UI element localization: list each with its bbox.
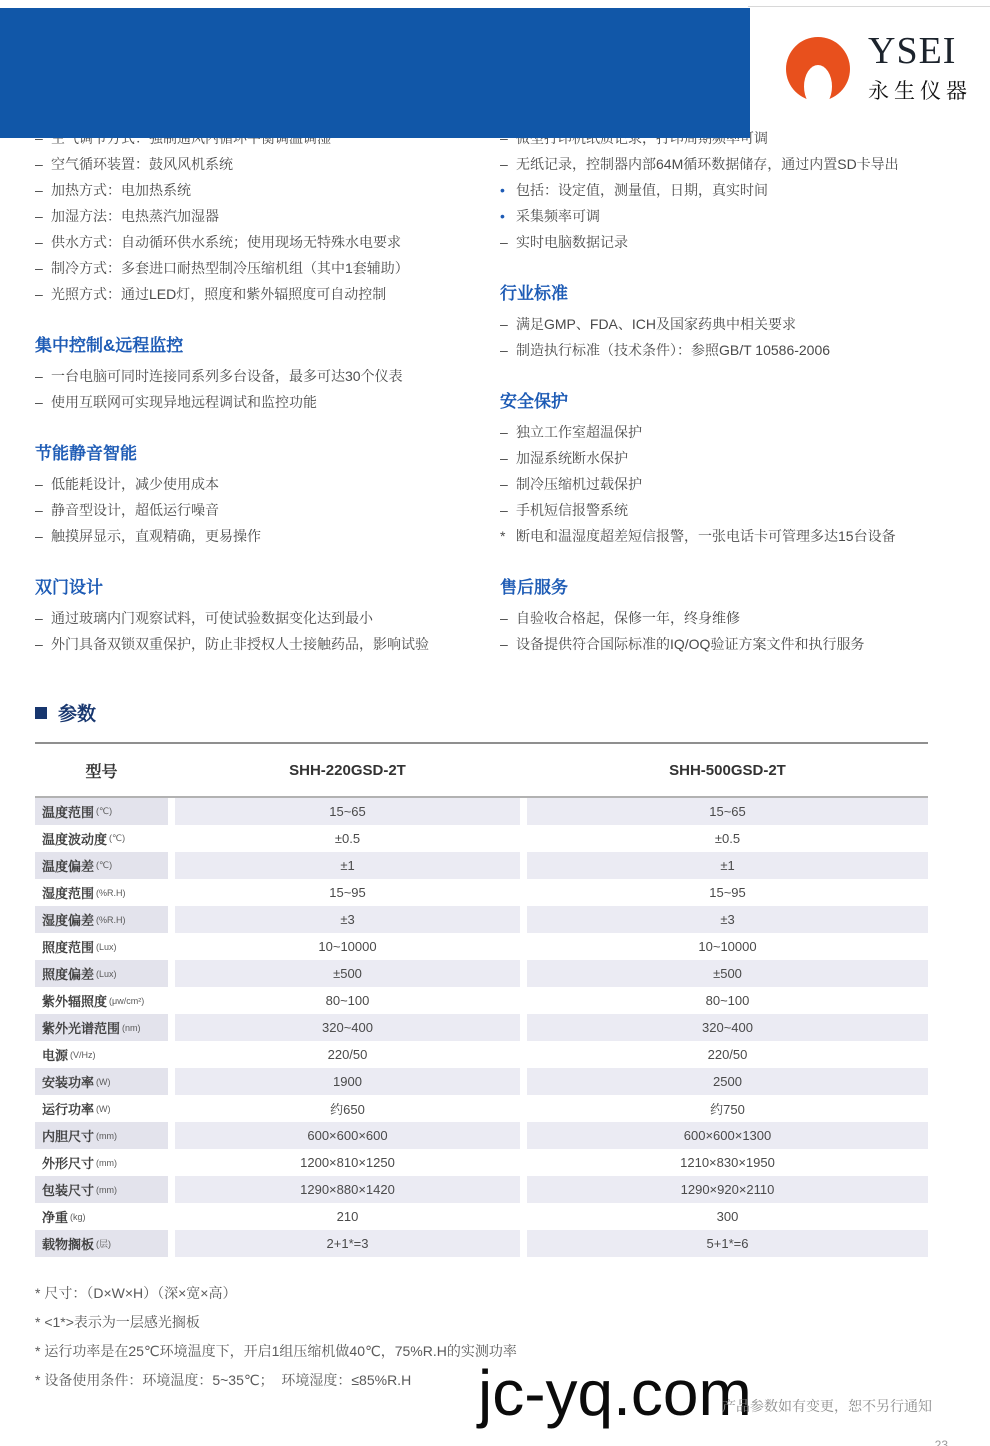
bullet-marker: –	[35, 281, 51, 307]
bullet-marker: *	[500, 523, 516, 549]
footnote-line: * <1*>表示为一层感光搁板	[35, 1308, 955, 1337]
row-label: 照度范围(Lux)	[35, 933, 168, 960]
bullet-marker: –	[35, 497, 51, 523]
feature-item: –通过玻璃内门观察试料，可使试验数据变化达到最小	[35, 605, 500, 631]
bullet-marker: –	[500, 151, 516, 177]
bullet-marker: –	[35, 471, 51, 497]
row-label: 安装功率(W)	[35, 1068, 168, 1095]
row-label-text: 载物搁板	[42, 1234, 94, 1253]
table-row: 净重(kg)210300	[35, 1203, 928, 1230]
bullet-marker: –	[500, 631, 516, 657]
row-label: 紫外辐照度(μw/cm²)	[35, 987, 168, 1014]
bullet-marker: –	[35, 363, 51, 389]
table-row: 湿度偏差(%R.H)±3±3	[35, 906, 928, 933]
row-label-unit: (mm)	[96, 1131, 117, 1141]
feature-item: –实时电脑数据记录	[500, 229, 955, 255]
row-label: 温度波动度(℃)	[35, 825, 168, 852]
bullet-marker: –	[500, 445, 516, 471]
cell-value-model2: 600×600×1300	[527, 1122, 928, 1149]
feature-item-text: 一台电脑可同时连接同系列多台设备，最多可达30个仪表	[51, 363, 403, 389]
bullet-marker: –	[500, 311, 516, 337]
row-label-text: 照度范围	[42, 937, 94, 956]
cell-value-model1: ±3	[175, 906, 520, 933]
bullet-marker: –	[500, 497, 516, 523]
cell-value-model1: 320~400	[175, 1014, 520, 1041]
table-row: 紫外辐照度(μw/cm²)80~10080~100	[35, 987, 928, 1014]
bullet-marker: –	[500, 605, 516, 631]
feature-item: –空气循环装置：鼓风风机系统	[35, 151, 500, 177]
feature-item-text: 采集频率可调	[516, 203, 600, 229]
table-row: 载物搁板(层)2+1*=35+1*=6	[35, 1230, 928, 1257]
bullet-marker: –	[500, 419, 516, 445]
feature-group: 节能静音智能–低能耗设计，减少使用成本–静音型设计，超低运行噪音–触摸屏显示，直…	[35, 439, 500, 549]
row-label-unit: (Lux)	[96, 942, 117, 952]
cell-value-model1: 220/50	[175, 1041, 520, 1068]
cell-value-model2: 15~65	[527, 798, 928, 825]
cell-value-model1: 80~100	[175, 987, 520, 1014]
row-label-text: 照度偏差	[42, 964, 94, 983]
cell-value-model2: 1290×920×2110	[527, 1176, 928, 1203]
feature-item-text: 实时电脑数据记录	[516, 229, 628, 255]
cell-value-model1: 2+1*=3	[175, 1230, 520, 1257]
cell-value-model1: ±1	[175, 852, 520, 879]
feature-item: –加湿方法：电热蒸汽加湿器	[35, 203, 500, 229]
feature-group-title: 售后服务	[500, 573, 955, 598]
feature-group: 双门设计–通过玻璃内门观察试料，可使试验数据变化达到最小–外门具备双锁双重保护，…	[35, 573, 500, 657]
feature-group-title: 节能静音智能	[35, 439, 500, 464]
cell-value-model1: 600×600×600	[175, 1122, 520, 1149]
feature-group: 集中控制&远程监控–一台电脑可同时连接同系列多台设备，最多可达30个仪表–使用互…	[35, 331, 500, 415]
feature-group-title: 双门设计	[35, 573, 500, 598]
feature-item-text: 满足GMP、FDA、ICH及国家药典中相关要求	[516, 311, 796, 337]
features-left-column: 同时控制温度/湿度/光照/紫外–空气调节方式：强制通风内循环平衡调温调湿–空气循…	[35, 69, 500, 657]
params-table-header: 型号 SHH-220GSD-2T SHH-500GSD-2T	[35, 744, 928, 798]
cell-value-model2: 300	[527, 1203, 928, 1230]
params-table-body: 温度范围(℃)15~6515~65温度波动度(℃)±0.5±0.5温度偏差(℃)…	[35, 798, 928, 1257]
row-label: 载物搁板(层)	[35, 1230, 168, 1257]
params-section: 参数 型号 SHH-220GSD-2T SHH-500GSD-2T 温度范围(℃…	[0, 699, 990, 1395]
feature-item-text: 静音型设计，超低运行噪音	[51, 497, 219, 523]
cell-value-model2: 5+1*=6	[527, 1230, 928, 1257]
params-section-header: 参数	[35, 699, 955, 726]
cell-value-model2: 15~95	[527, 879, 928, 906]
feature-item: –制造执行标准（技术条件）：参照GB/T 10586-2006	[500, 337, 955, 363]
brand-text-block: YSEI 永生仪器	[868, 32, 972, 105]
cell-value-model2: ±3	[527, 906, 928, 933]
table-row: 运行功率(W)约650约750	[35, 1095, 928, 1122]
cell-value-model2: 220/50	[527, 1041, 928, 1068]
row-label-unit: (V/Hz)	[70, 1050, 96, 1060]
row-label-text: 温度范围	[42, 802, 94, 821]
spec-sheet-page: YSEI 永生仪器 特点 同时控制温度/湿度/光照/紫外–空气调节方式：强制通风…	[0, 0, 990, 1446]
feature-item: –设备提供符合国际标准的IQ/OQ验证方案文件和执行服务	[500, 631, 955, 657]
row-label-text: 紫外辐照度	[42, 991, 107, 1010]
feature-item-text: 独立工作室超温保护	[516, 419, 642, 445]
feature-item-text: 加热方式：电加热系统	[51, 177, 191, 203]
row-label-unit: (℃)	[109, 833, 125, 844]
cell-value-model2: 80~100	[527, 987, 928, 1014]
table-row: 电源(V/Hz)220/50220/50	[35, 1041, 928, 1068]
feature-group-title: 行业标准	[500, 279, 955, 304]
brand-logo: YSEI 永生仪器	[786, 32, 972, 105]
cell-value-model1: 1290×880×1420	[175, 1176, 520, 1203]
row-label-unit: (℃)	[96, 806, 112, 817]
row-label-unit: (mm)	[96, 1185, 117, 1195]
row-label-unit: (nm)	[122, 1023, 141, 1033]
brand-name: YSEI	[868, 32, 972, 70]
feature-group-title: 集中控制&远程监控	[35, 331, 500, 356]
table-row: 内胆尺寸(mm)600×600×600600×600×1300	[35, 1122, 928, 1149]
table-row: 温度范围(℃)15~6515~65	[35, 798, 928, 825]
feature-item: –手机短信报警系统	[500, 497, 955, 523]
feature-item-text: 无纸记录，控制器内部64M循环数据储存，通过内置SD卡导出	[516, 151, 899, 177]
bullet-marker: –	[35, 255, 51, 281]
bullet-marker: –	[35, 229, 51, 255]
model1-name: SHH-220GSD-2T	[175, 762, 520, 779]
row-label-unit: (kg)	[70, 1212, 86, 1222]
bullet-marker: •	[500, 203, 516, 229]
params-table: 型号 SHH-220GSD-2T SHH-500GSD-2T 温度范围(℃)15…	[35, 742, 928, 1257]
bullet-marker: –	[35, 523, 51, 549]
bullet-marker: –	[35, 605, 51, 631]
table-row: 湿度范围(%R.H)15~9515~95	[35, 879, 928, 906]
table-row: 照度范围(Lux)10~1000010~10000	[35, 933, 928, 960]
feature-item-text: 触摸屏显示，直观精确，更易操作	[51, 523, 261, 549]
table-row: 安装功率(W)19002500	[35, 1068, 928, 1095]
feature-item-text: 通过玻璃内门观察试料，可使试验数据变化达到最小	[51, 605, 373, 631]
feature-item: •采集频率可调	[500, 203, 955, 229]
bullet-marker: –	[35, 389, 51, 415]
row-label-unit: (层)	[96, 1237, 111, 1250]
cell-value-model2: 10~10000	[527, 933, 928, 960]
row-label: 外形尺寸(mm)	[35, 1149, 168, 1176]
cell-value-model2: ±1	[527, 852, 928, 879]
header-blue-banner	[0, 8, 750, 138]
row-label-unit: (W)	[96, 1077, 111, 1087]
feature-item: –低能耗设计，减少使用成本	[35, 471, 500, 497]
feature-item-text: 加湿系统断水保护	[516, 445, 628, 471]
feature-item-text: 外门具备双锁双重保护，防止非授权人士接触药品，影响试验	[51, 631, 429, 657]
cell-value-model2: ±500	[527, 960, 928, 987]
params-section-title: 参数	[58, 699, 96, 726]
row-label-unit: (℃)	[96, 860, 112, 871]
page-number: 23	[935, 1438, 948, 1446]
bullet-marker: –	[500, 471, 516, 497]
feature-item-text: 制造执行标准（技术条件）：参照GB/T 10586-2006	[516, 337, 830, 363]
feature-item: •包括：设定值，测量值，日期，真实时间	[500, 177, 955, 203]
row-label: 温度偏差(℃)	[35, 852, 168, 879]
cell-value-model2: 1210×830×1950	[527, 1149, 928, 1176]
cell-value-model1: 1900	[175, 1068, 520, 1095]
cell-value-model1: ±500	[175, 960, 520, 987]
feature-item-text: 自验收合格起，保修一年，终身维修	[516, 605, 740, 631]
cell-value-model2: 约750	[527, 1095, 928, 1122]
feature-group: 售后服务–自验收合格起，保修一年，终身维修–设备提供符合国际标准的IQ/OQ验证…	[500, 573, 955, 657]
cell-value-model2: 320~400	[527, 1014, 928, 1041]
row-label: 净重(kg)	[35, 1203, 168, 1230]
cell-value-model1: 1200×810×1250	[175, 1149, 520, 1176]
feature-item: *断电和温湿度超差短信报警，一张电话卡可管理多达15台设备	[500, 523, 955, 549]
feature-item: –静音型设计，超低运行噪音	[35, 497, 500, 523]
feature-item: –加湿系统断水保护	[500, 445, 955, 471]
bullet-marker: –	[35, 177, 51, 203]
bullet-marker: –	[35, 151, 51, 177]
row-label-text: 内胆尺寸	[42, 1126, 94, 1145]
bullet-marker: –	[500, 229, 516, 255]
table-row: 紫外光谱范围(nm)320~400320~400	[35, 1014, 928, 1041]
table-row: 外形尺寸(mm)1200×810×12501210×830×1950	[35, 1149, 928, 1176]
feature-item: –加热方式：电加热系统	[35, 177, 500, 203]
table-row: 包装尺寸(mm)1290×880×14201290×920×2110	[35, 1176, 928, 1203]
disclaimer-text: 产品参数如有变更，恕不另行通知	[722, 1396, 932, 1416]
cell-value-model1: 约650	[175, 1095, 520, 1122]
table-row: 温度偏差(℃)±1±1	[35, 852, 928, 879]
bullet-marker: –	[35, 631, 51, 657]
feature-item-text: 加湿方法：电热蒸汽加湿器	[51, 203, 219, 229]
row-label-text: 净重	[42, 1207, 68, 1226]
row-label-unit: (mm)	[96, 1158, 117, 1168]
feature-item: –触摸屏显示，直观精确，更易操作	[35, 523, 500, 549]
feature-item: –自验收合格起，保修一年，终身维修	[500, 605, 955, 631]
ysei-logo-icon	[786, 37, 850, 101]
feature-item-text: 制冷压缩机过载保护	[516, 471, 642, 497]
feature-group: 安全保护–独立工作室超温保护–加湿系统断水保护–制冷压缩机过载保护–手机短信报警…	[500, 387, 955, 549]
table-row: 照度偏差(Lux)±500±500	[35, 960, 928, 987]
feature-item-text: 手机短信报警系统	[516, 497, 628, 523]
row-label: 电源(V/Hz)	[35, 1041, 168, 1068]
feature-item: –满足GMP、FDA、ICH及国家药典中相关要求	[500, 311, 955, 337]
row-label-text: 包装尺寸	[42, 1180, 94, 1199]
row-label-unit: (%R.H)	[96, 888, 126, 898]
features-right-column: 三重数据记录–微型打印机纸质记录，打印周期频率可调–无纸记录，控制器内部64M循…	[500, 69, 955, 657]
row-label-text: 湿度范围	[42, 883, 94, 902]
row-label: 照度偏差(Lux)	[35, 960, 168, 987]
feature-item: –制冷方式：多套进口耐热型制冷压缩机组（其中1套辅助）	[35, 255, 500, 281]
ysei-logo-notch	[804, 65, 832, 108]
cell-value-model1: 15~95	[175, 879, 520, 906]
cell-value-model1: 210	[175, 1203, 520, 1230]
feature-item: –制冷压缩机过载保护	[500, 471, 955, 497]
feature-item: –独立工作室超温保护	[500, 419, 955, 445]
row-label-text: 外形尺寸	[42, 1153, 94, 1172]
row-label-text: 紫外光谱范围	[42, 1018, 120, 1037]
features-columns: 同时控制温度/湿度/光照/紫外–空气调节方式：强制通风内循环平衡调温调湿–空气循…	[35, 69, 955, 657]
bullet-marker: •	[500, 177, 516, 203]
feature-item: –无纸记录，控制器内部64M循环数据储存，通过内置SD卡导出	[500, 151, 955, 177]
row-label-unit: (μw/cm²)	[109, 996, 144, 1006]
feature-group: 行业标准–满足GMP、FDA、ICH及国家药典中相关要求–制造执行标准（技术条件…	[500, 279, 955, 363]
feature-item-text: 制冷方式：多套进口耐热型制冷压缩机组（其中1套辅助）	[51, 255, 409, 281]
row-label-text: 电源	[42, 1045, 68, 1064]
cell-value-model1: ±0.5	[175, 825, 520, 852]
row-label-text: 湿度偏差	[42, 910, 94, 929]
feature-item-text: 设备提供符合国际标准的IQ/OQ验证方案文件和执行服务	[516, 631, 864, 657]
model2-name: SHH-500GSD-2T	[527, 762, 928, 779]
row-label: 包装尺寸(mm)	[35, 1176, 168, 1203]
feature-item-text: 空气循环装置：鼓风风机系统	[51, 151, 233, 177]
feature-item-text: 光照方式：通过LED灯，照度和紫外辐照度可自动控制	[51, 281, 386, 307]
feature-item-text: 低能耗设计，减少使用成本	[51, 471, 219, 497]
cell-value-model1: 15~65	[175, 798, 520, 825]
cell-value-model1: 10~10000	[175, 933, 520, 960]
row-label: 内胆尺寸(mm)	[35, 1122, 168, 1149]
row-label: 湿度偏差(%R.H)	[35, 906, 168, 933]
feature-item-text: 断电和温湿度超差短信报警，一张电话卡可管理多达15台设备	[516, 523, 896, 549]
row-label-text: 温度波动度	[42, 829, 107, 848]
feature-item-text: 包括：设定值，测量值，日期，真实时间	[516, 177, 768, 203]
footnote-line: * 尺寸：（D×W×H）（深×宽×高）	[35, 1279, 955, 1308]
row-label: 运行功率(W)	[35, 1095, 168, 1122]
row-label: 湿度范围(%R.H)	[35, 879, 168, 906]
feature-item: –外门具备双锁双重保护，防止非授权人士接触药品，影响试验	[35, 631, 500, 657]
section-square-icon	[35, 707, 47, 719]
feature-item: –光照方式：通过LED灯，照度和紫外辐照度可自动控制	[35, 281, 500, 307]
watermark-text: jc-yq.com	[478, 1356, 752, 1430]
feature-item: –一台电脑可同时连接同系列多台设备，最多可达30个仪表	[35, 363, 500, 389]
row-label: 温度范围(℃)	[35, 798, 168, 825]
feature-item-text: 使用互联网可实现异地远程调试和监控功能	[51, 389, 317, 415]
cell-value-model2: 2500	[527, 1068, 928, 1095]
row-label-unit: (%R.H)	[96, 915, 126, 925]
row-label-text: 安装功率	[42, 1072, 94, 1091]
row-label: 紫外光谱范围(nm)	[35, 1014, 168, 1041]
row-label-unit: (Lux)	[96, 969, 117, 979]
feature-item-text: 供水方式：自动循环供水系统；使用现场无特殊水电要求	[51, 229, 401, 255]
feature-group-title: 安全保护	[500, 387, 955, 412]
row-label-unit: (W)	[96, 1104, 111, 1114]
feature-item: –供水方式：自动循环供水系统；使用现场无特殊水电要求	[35, 229, 500, 255]
cell-value-model2: ±0.5	[527, 825, 928, 852]
row-label-text: 温度偏差	[42, 856, 94, 875]
brand-name-chinese: 永生仪器	[868, 75, 972, 105]
bullet-marker: –	[500, 337, 516, 363]
feature-item: –使用互联网可实现异地远程调试和监控功能	[35, 389, 500, 415]
model-column-header: 型号	[35, 759, 168, 782]
bullet-marker: –	[35, 203, 51, 229]
table-row: 温度波动度(℃)±0.5±0.5	[35, 825, 928, 852]
header-divider	[748, 6, 990, 7]
row-label-text: 运行功率	[42, 1099, 94, 1118]
